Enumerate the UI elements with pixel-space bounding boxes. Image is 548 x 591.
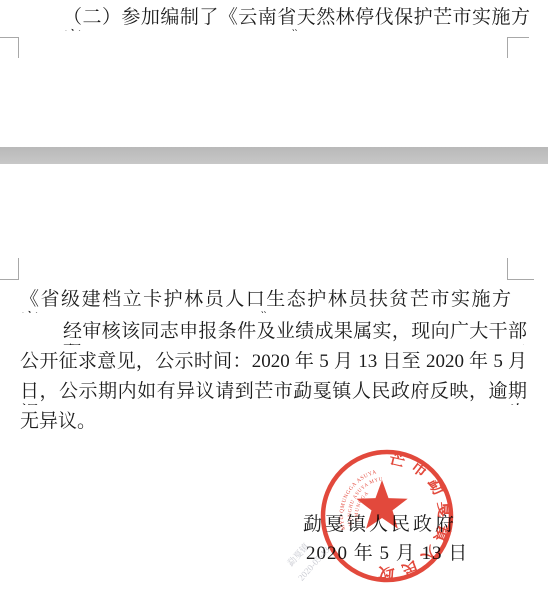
page1-paragraph-tail: （二）参加编制了《云南省天然林停伐保护芒市实施方案》、	[63, 7, 530, 31]
page1-corner-mark-left	[0, 37, 19, 58]
plan-title-line: 《省级建档立卡护林员人口生态护林员扶贫芒市实施方案》。	[20, 289, 511, 313]
page2-corner-mark-right	[507, 258, 534, 280]
notice-line-1: 经审核该同志申报条件及业绩成果属实，现向广大干部职工	[63, 321, 527, 345]
signature-government-name: 勐戛镇人民政府	[303, 509, 457, 536]
page1-corner-mark-right	[507, 37, 529, 58]
notice-line-3: 日，公示期内如有异议请到芒市勐戛镇人民政府反映，逾期视为	[20, 381, 527, 405]
page2-corner-mark-left	[0, 258, 19, 280]
document-page: （二）参加编制了《云南省天然林停伐保护芒市实施方案》、 《省级建档立卡护林员人口…	[0, 0, 548, 591]
notice-line-2: 公开征求意见，公示时间：2020 年 5 月 13 日至 2020 年 5 月 …	[20, 351, 527, 375]
notice-line-4: 无异议。	[20, 411, 96, 433]
page-break-gap	[0, 147, 548, 164]
